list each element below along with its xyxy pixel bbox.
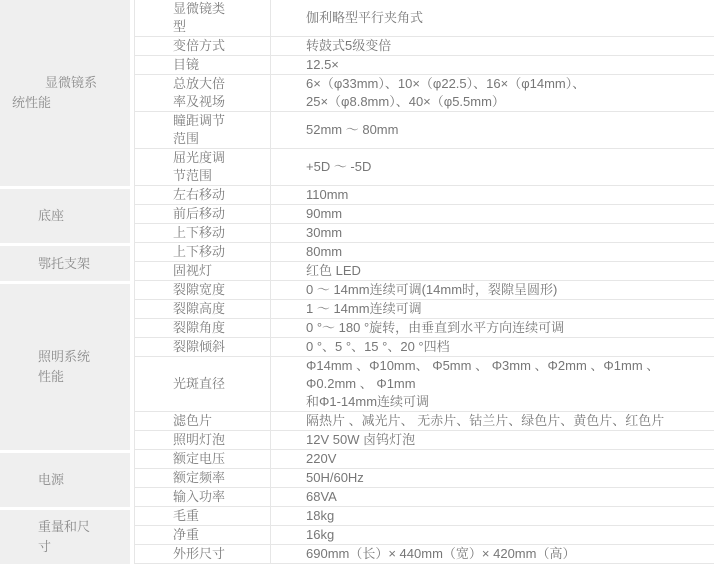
param-value: 30mm — [271, 224, 714, 242]
spec-row: 裂隙倾斜 0 °、5 °、15 °、20 °四档 — [135, 338, 714, 357]
category-cell: 照明系统性能 — [0, 281, 130, 450]
param-label: 目镜 — [135, 56, 271, 74]
param-label: 显微镜类型 — [135, 0, 271, 36]
param-value: 68VA — [271, 488, 714, 506]
spec-row: 变倍方式 转鼓式5级变倍 — [135, 37, 714, 56]
spec-group: 底座 左右移动 110mm 前后移动 90mm 上下移动 30mm — [0, 186, 714, 243]
spec-group: 显微镜系统性能 显微镜类型 伽利略型平行夹角式 变倍方式 转鼓式5级变倍 目镜 … — [0, 0, 714, 186]
param-label: 毛重 — [135, 507, 271, 525]
category-cell: 鄂托支架 — [0, 243, 130, 281]
spec-row: 外形尺寸 690mm（长）× 440mm（宽）× 420mm（高） — [135, 545, 714, 564]
spec-row: 净重 16kg — [135, 526, 714, 545]
category-label: 鄂托支架 — [0, 254, 130, 274]
spec-row: 瞳距调节范围 52mm ～ 80mm — [135, 112, 714, 149]
category-cell: 电源 — [0, 450, 130, 507]
spec-row: 额定电压 220V — [135, 450, 714, 469]
category-label: 照明系统性能 — [0, 347, 130, 387]
spec-row: 裂隙宽度 0 ～ 14mm连续可调(14mm时，裂隙呈圆形) — [135, 281, 714, 300]
param-label: 额定频率 — [135, 469, 271, 487]
spec-row: 照明灯泡 12V 50W 卤钨灯泡 — [135, 431, 714, 450]
param-value: Φ14mm 、Φ10mm、 Φ5mm 、 Φ3mm 、Φ2mm 、Φ1mm 、 … — [271, 357, 714, 411]
param-value: 0 ～ 14mm连续可调(14mm时，裂隙呈圆形) — [271, 281, 714, 299]
param-label: 固视灯 — [135, 262, 271, 280]
param-label: 裂隙角度 — [135, 319, 271, 337]
param-value: 50H/60Hz — [271, 469, 714, 487]
param-label: 裂隙倾斜 — [135, 338, 271, 356]
param-value: 12V 50W 卤钨灯泡 — [271, 431, 714, 449]
spec-row: 显微镜类型 伽利略型平行夹角式 — [135, 0, 714, 37]
param-value: 52mm ～ 80mm — [271, 112, 714, 148]
param-value: 红色 LED — [271, 262, 714, 280]
group-rows: 显微镜类型 伽利略型平行夹角式 变倍方式 转鼓式5级变倍 目镜 12.5× 总放… — [134, 0, 714, 186]
category-cell: 底座 — [0, 186, 130, 243]
param-label: 上下移动 — [135, 224, 271, 242]
spec-row: 屈光度调节范围 +5D ～ -5D — [135, 149, 714, 186]
spec-row: 裂隙高度 1 ～ 14mm连续可调 — [135, 300, 714, 319]
param-label: 净重 — [135, 526, 271, 544]
spec-row: 光斑直径 Φ14mm 、Φ10mm、 Φ5mm 、 Φ3mm 、Φ2mm 、Φ1… — [135, 357, 714, 412]
param-value: 690mm（长）× 440mm（宽）× 420mm（高） — [271, 545, 714, 563]
spec-row: 前后移动 90mm — [135, 205, 714, 224]
param-label: 输入功率 — [135, 488, 271, 506]
param-value: 18kg — [271, 507, 714, 525]
category-cell: 显微镜系统性能 — [0, 0, 130, 186]
group-rows: 裂隙宽度 0 ～ 14mm连续可调(14mm时，裂隙呈圆形) 裂隙高度 1 ～ … — [134, 281, 714, 450]
param-label: 滤色片 — [135, 412, 271, 430]
param-label: 总放大倍率及视场 — [135, 75, 271, 111]
group-rows: 额定电压 220V 额定频率 50H/60Hz 输入功率 68VA — [134, 450, 714, 507]
param-label: 前后移动 — [135, 205, 271, 223]
param-label: 瞳距调节范围 — [135, 112, 271, 148]
param-label: 变倍方式 — [135, 37, 271, 55]
param-label: 额定电压 — [135, 450, 271, 468]
group-rows: 上下移动 80mm 固视灯 红色 LED — [134, 243, 714, 281]
param-label: 屈光度调节范围 — [135, 149, 271, 185]
spec-row: 固视灯 红色 LED — [135, 262, 714, 281]
spec-group: 重量和尺寸 毛重 18kg 净重 16kg 外形尺寸 690mm（长）× 440… — [0, 507, 714, 564]
spec-group: 鄂托支架 上下移动 80mm 固视灯 红色 LED — [0, 243, 714, 281]
param-value: 6×（φ33mm）、10×（φ22.5）、16×（φ14mm）、 25×（φ8.… — [271, 75, 714, 111]
category-cell: 重量和尺寸 — [0, 507, 130, 564]
spec-row: 上下移动 30mm — [135, 224, 714, 243]
spec-row: 额定频率 50H/60Hz — [135, 469, 714, 488]
spec-row: 上下移动 80mm — [135, 243, 714, 262]
category-label: 重量和尺寸 — [0, 517, 130, 557]
group-rows: 毛重 18kg 净重 16kg 外形尺寸 690mm（长）× 440mm（宽）×… — [134, 507, 714, 564]
spec-table: 显微镜系统性能 显微镜类型 伽利略型平行夹角式 变倍方式 转鼓式5级变倍 目镜 … — [0, 0, 714, 564]
spec-row: 左右移动 110mm — [135, 186, 714, 205]
spec-row: 毛重 18kg — [135, 507, 714, 526]
param-label: 裂隙高度 — [135, 300, 271, 318]
param-value: 90mm — [271, 205, 714, 223]
param-value: 转鼓式5级变倍 — [271, 37, 714, 55]
param-value: 110mm — [271, 186, 714, 204]
param-value: 220V — [271, 450, 714, 468]
param-label: 外形尺寸 — [135, 545, 271, 563]
spec-row: 目镜 12.5× — [135, 56, 714, 75]
spec-table-page: 显微镜系统性能 显微镜类型 伽利略型平行夹角式 变倍方式 转鼓式5级变倍 目镜 … — [0, 0, 714, 570]
param-label: 裂隙宽度 — [135, 281, 271, 299]
spec-group: 电源 额定电压 220V 额定频率 50H/60Hz 输入功率 68VA — [0, 450, 714, 507]
spec-row: 输入功率 68VA — [135, 488, 714, 507]
category-label: 显微镜系统性能 — [0, 73, 130, 113]
spec-group: 照明系统性能 裂隙宽度 0 ～ 14mm连续可调(14mm时，裂隙呈圆形) 裂隙… — [0, 281, 714, 450]
param-value: 16kg — [271, 526, 714, 544]
param-label: 左右移动 — [135, 186, 271, 204]
param-value: 12.5× — [271, 56, 714, 74]
param-value: 80mm — [271, 243, 714, 261]
spec-row: 滤色片 隔热片 、减光片、 无赤片、钴兰片、绿色片、黄色片、红色片 — [135, 412, 714, 431]
param-value: 1 ～ 14mm连续可调 — [271, 300, 714, 318]
category-label: 电源 — [0, 470, 130, 490]
param-value: 伽利略型平行夹角式 — [271, 0, 714, 36]
param-label: 上下移动 — [135, 243, 271, 261]
param-value: +5D ～ -5D — [271, 149, 714, 185]
spec-row: 总放大倍率及视场 6×（φ33mm）、10×（φ22.5）、16×（φ14mm）… — [135, 75, 714, 112]
param-value: 隔热片 、减光片、 无赤片、钴兰片、绿色片、黄色片、红色片 — [271, 412, 714, 430]
group-rows: 左右移动 110mm 前后移动 90mm 上下移动 30mm — [134, 186, 714, 243]
category-label: 底座 — [0, 206, 130, 226]
spec-row: 裂隙角度 0 °～ 180 °旋转，由垂直到水平方向连续可调 — [135, 319, 714, 338]
param-label: 光斑直径 — [135, 357, 271, 411]
param-label: 照明灯泡 — [135, 431, 271, 449]
param-value: 0 °、5 °、15 °、20 °四档 — [271, 338, 714, 356]
param-value: 0 °～ 180 °旋转，由垂直到水平方向连续可调 — [271, 319, 714, 337]
